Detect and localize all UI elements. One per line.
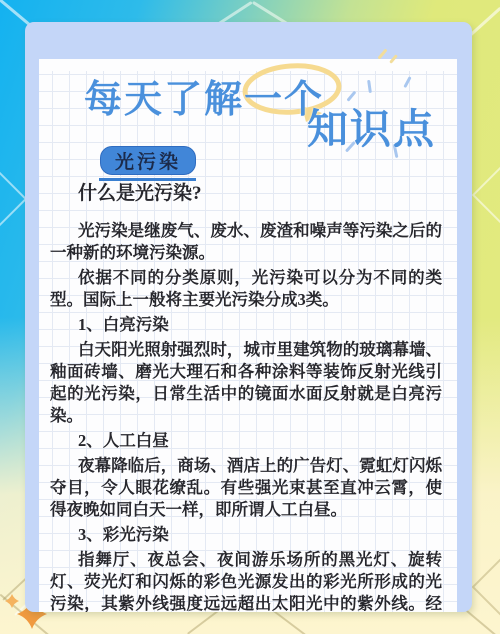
article-body: 什么是光污染? 光污染是继废气、废水、废渣和噪声等污染之后的一种新的环境污染源。… — [50, 183, 442, 612]
badge-underline — [99, 178, 196, 181]
page-title-line2: 知识点 — [307, 96, 436, 155]
diamond-outline-decoration — [0, 161, 27, 237]
article-subheading: 3、彩光污染 — [50, 524, 442, 546]
article-heading: 什么是光污染? — [50, 183, 442, 205]
article-paragraph: 指舞厅、夜总会、夜间游乐场所的黑光灯、旋转灯、荧光灯和闪烁的彩色光源发出的彩光所… — [50, 549, 442, 612]
topic-badge: 光污染 — [100, 146, 196, 175]
article-subheading: 2、人工白昼 — [50, 430, 442, 452]
diamond-outline-decoration — [472, 157, 500, 233]
content-card: 每天了解一个 知识点 光污染 什么是光污染? 光污染是继废气、废水、废渣和噪声等… — [25, 22, 472, 612]
article-paragraph: 夜幕降临后，商场、酒店上的广告灯、霓虹灯闪烁夺目，令人眼花缭乱。有些强光束甚至直… — [50, 455, 442, 521]
article-subheading: 1、白亮污染 — [50, 314, 442, 336]
knowledge-card-poster: 每天了解一个 知识点 光污染 什么是光污染? 光污染是继废气、废水、废渣和噪声等… — [0, 0, 500, 634]
page-title-line1: 每天了解一个 — [84, 68, 324, 123]
article-paragraph: 光污染是继废气、废水、废渣和噪声等污染之后的一种新的环境污染源。 — [50, 220, 442, 264]
article-paragraph: 依据不同的分类原则，光污染可以分为不同的类型。国际上一般将主要光污染分成3类。 — [50, 267, 442, 311]
sparkle-lines-icon — [377, 48, 387, 59]
diagonal-line-decoration — [463, 607, 498, 634]
article-paragraph: 白天阳光照射强烈时，城市里建筑物的玻璃幕墙、釉面砖墙、磨光大理石和各种涂料等装饰… — [50, 339, 442, 427]
